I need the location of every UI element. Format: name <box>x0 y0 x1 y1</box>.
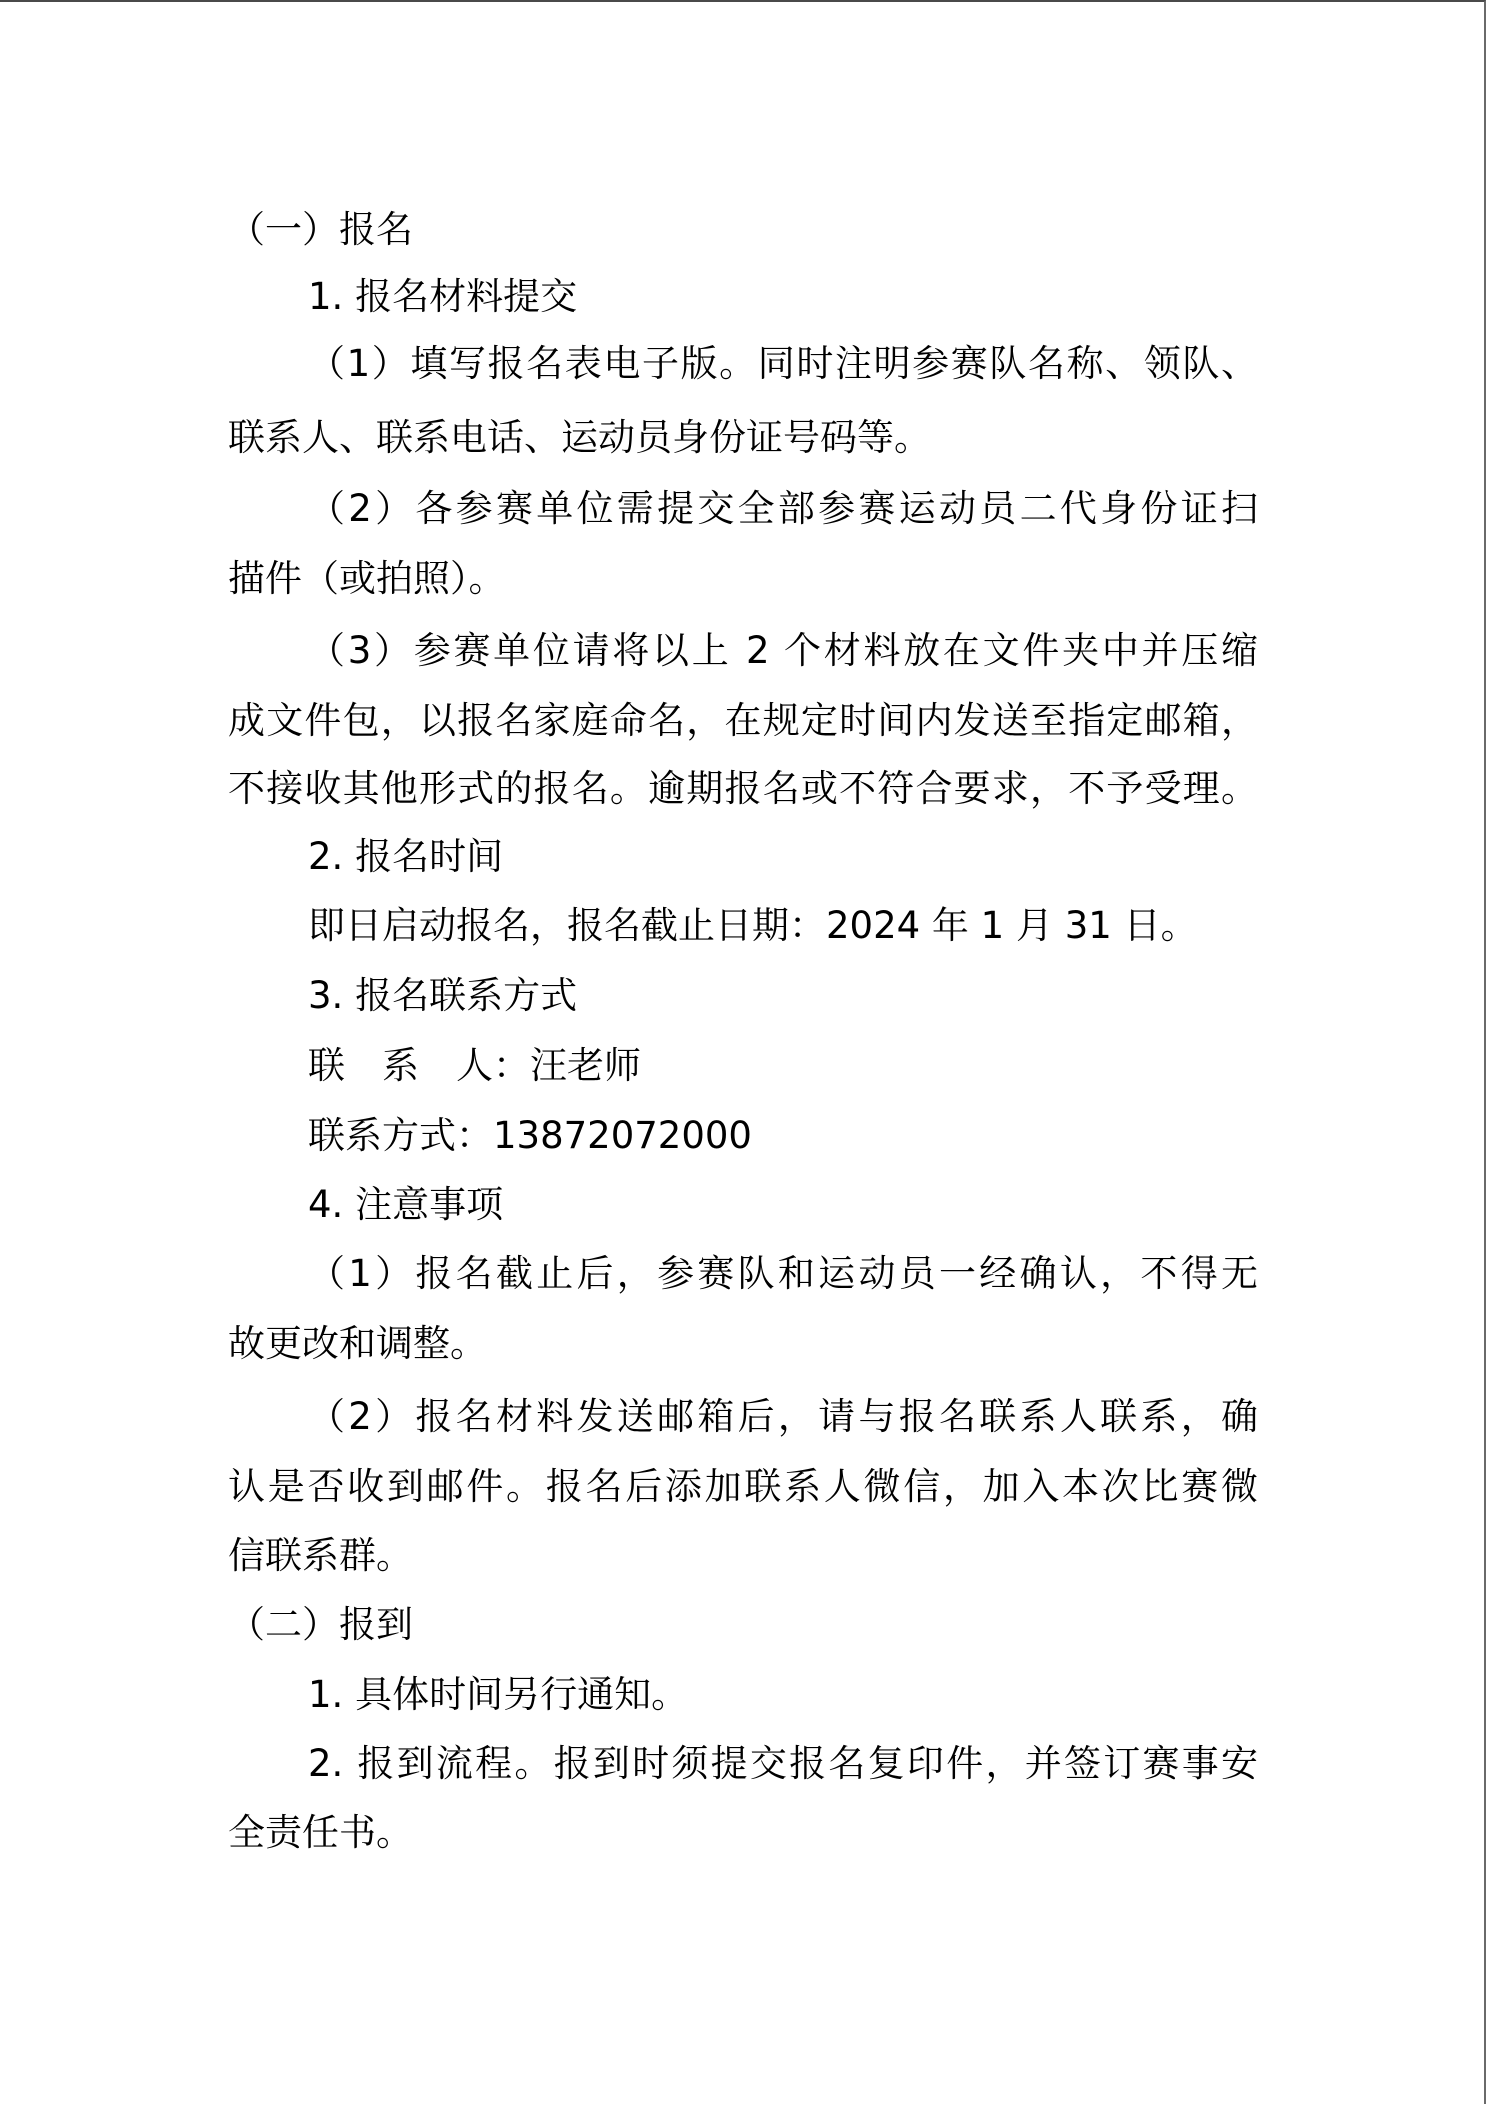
paragraph-line: （2）各参赛单位需提交全部参赛运动员二代身份证扫 <box>308 484 1258 534</box>
paragraph-line: 描件（或拍照）。 <box>228 554 1258 604</box>
section-heading-check-in: （二）报到 <box>228 1600 1258 1650</box>
paragraph-line: （3）参赛单位请将以上 2 个材料放在文件夹中并压缩 <box>308 626 1258 676</box>
paragraph-line: 故更改和调整。 <box>228 1319 1258 1369</box>
item-title-registration-time: 2. 报名时间 <box>308 832 1258 882</box>
item-title-materials: 1. 报名材料提交 <box>308 272 1258 322</box>
paragraph-line: 信联系群。 <box>228 1531 1258 1581</box>
paragraph-line: （1）填写报名表电子版。同时注明参赛队名称、领队、 <box>308 339 1258 389</box>
paragraph-line: 全责任书。 <box>228 1808 1258 1858</box>
paragraph-line: 联系人、联系电话、运动员身份证号码等。 <box>228 413 1258 463</box>
item-title-contact: 3. 报名联系方式 <box>308 971 1258 1021</box>
contact-person: 联 系 人：汪老师 <box>308 1041 1258 1091</box>
item-title-notes: 4. 注意事项 <box>308 1180 1258 1230</box>
section-heading-registration: （一）报名 <box>228 205 1258 255</box>
paragraph-line: 2. 报到流程。报到时须提交报名复印件，并签订赛事安 <box>308 1739 1258 1789</box>
document-page: （一）报名 1. 报名材料提交 （1）填写报名表电子版。同时注明参赛队名称、领队… <box>0 0 1486 2104</box>
registration-deadline-text: 即日启动报名，报名截止日期：2024 年 1 月 31 日。 <box>308 901 1258 951</box>
paragraph-line: 不接收其他形式的报名。逾期报名或不符合要求，不予受理。 <box>228 764 1258 814</box>
paragraph-line: （1）报名截止后，参赛队和运动员一经确认，不得无 <box>308 1249 1258 1299</box>
paragraph-line: 成文件包，以报名家庭命名，在规定时间内发送至指定邮箱， <box>228 696 1258 746</box>
contact-phone: 联系方式：13872072000 <box>308 1111 1258 1161</box>
paragraph-line: 认是否收到邮件。报名后添加联系人微信，加入本次比赛微 <box>228 1462 1258 1512</box>
paragraph-line: （2）报名材料发送邮箱后，请与报名联系人联系，确 <box>308 1392 1258 1442</box>
item-title-check-in-time: 1. 具体时间另行通知。 <box>308 1670 1258 1720</box>
